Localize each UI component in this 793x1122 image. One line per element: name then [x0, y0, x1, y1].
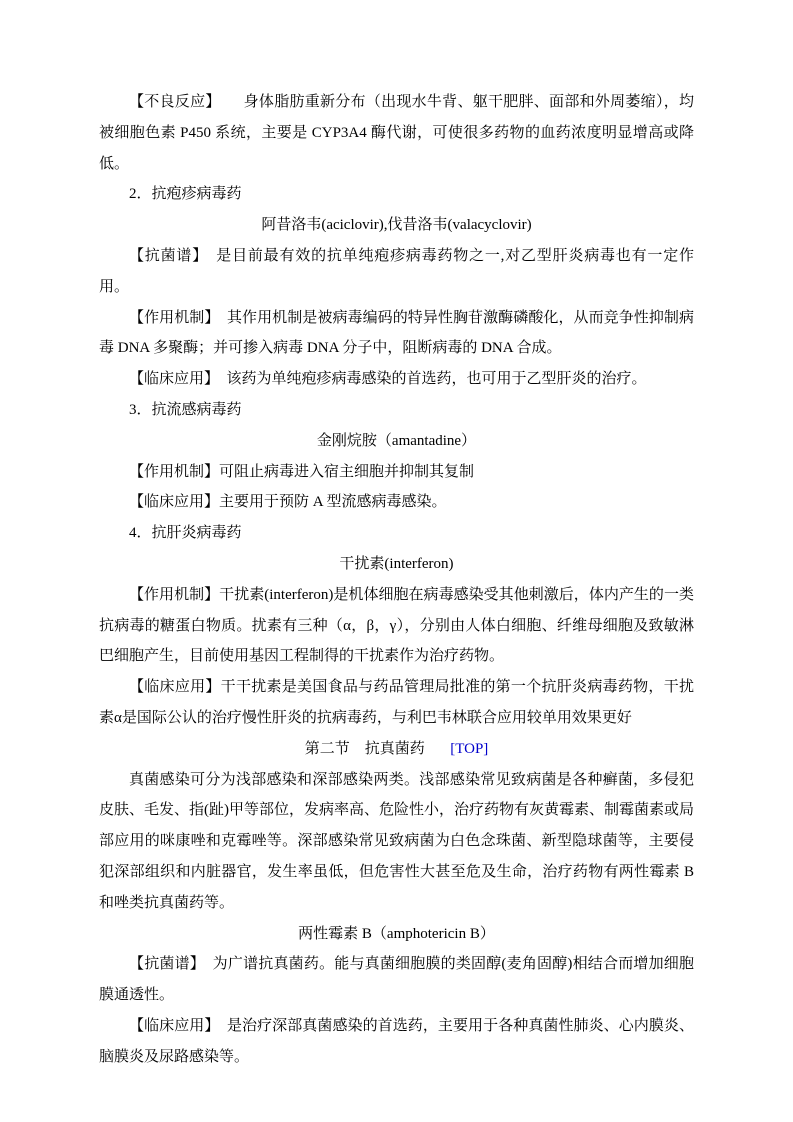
- paragraph-interferon-clinical-use: 【临床应用】干干扰素是美国食品与药品管理局批准的第一个抗肝炎病毒药物，干扰素α是…: [99, 672, 694, 734]
- drug-title-amphotericin-b: 两性霉素 B（amphotericin B）: [99, 919, 694, 950]
- document-page: 【不良反应】 身体脂肪重新分布（出现水牛背、躯干肥胖、面部和外周萎缩），均被细胞…: [0, 0, 793, 1122]
- paragraph-amphotericin-spectrum: 【抗菌谱】 为广谱抗真菌药。能与真菌细胞膜的类固醇(麦角固醇)相结合而增加细胞膜…: [99, 949, 694, 1011]
- paragraph-aciclovir-mechanism: 【作用机制】 其作用机制是被病毒编码的特异性胸苷激酶磷酸化，从而竞争性抑制病毒 …: [99, 303, 694, 365]
- paragraph-amphotericin-clinical-use: 【临床应用】 是治疗深部真菌感染的首选药，主要用于各种真菌性肺炎、心内膜炎、脑膜…: [99, 1011, 694, 1073]
- numbered-item-anti-influenza-drugs: 3．抗流感病毒药: [99, 395, 694, 426]
- paragraph-fungal-infection-overview: 真菌感染可分为浅部感染和深部感染两类。浅部感染常见致病菌是各种癣菌，多侵犯皮肤、…: [99, 765, 694, 919]
- paragraph-amantadine-mechanism: 【作用机制】可阻止病毒进入宿主细胞并抑制其复制: [99, 457, 694, 488]
- paragraph-adverse-reactions: 【不良反应】 身体脂肪重新分布（出现水牛背、躯干肥胖、面部和外周萎缩），均被细胞…: [99, 87, 694, 179]
- numbered-item-anti-hepatitis-drugs: 4．抗肝炎病毒药: [99, 518, 694, 549]
- drug-title-interferon: 干扰素(interferon): [99, 549, 694, 580]
- drug-title-aciclovir-valacyclovir: 阿昔洛韦(aciclovir),伐昔洛韦(valacyclovir): [99, 210, 694, 241]
- section-heading-antifungal-drugs: 第二节 抗真菌药[TOP]: [99, 734, 694, 765]
- paragraph-amantadine-clinical-use: 【临床应用】主要用于预防 A 型流感病毒感染。: [99, 487, 694, 518]
- paragraph-aciclovir-clinical-use: 【临床应用】 该药为单纯疱疹病毒感染的首选药，也可用于乙型肝炎的治疗。: [99, 364, 694, 395]
- drug-title-amantadine: 金刚烷胺（amantadine）: [99, 426, 694, 457]
- numbered-item-anti-herpes-drugs: 2．抗疱疹病毒药: [99, 179, 694, 210]
- section-heading-text: 第二节 抗真菌药: [305, 741, 425, 757]
- top-link[interactable]: [TOP]: [450, 741, 488, 757]
- paragraph-interferon-mechanism: 【作用机制】干扰素(interferon)是机体细胞在病毒感染受其他刺激后，体内…: [99, 580, 694, 672]
- paragraph-aciclovir-spectrum: 【抗菌谱】 是目前最有效的抗单纯疱疹病毒药物之一,对乙型肝炎病毒也有一定作用。: [99, 241, 694, 303]
